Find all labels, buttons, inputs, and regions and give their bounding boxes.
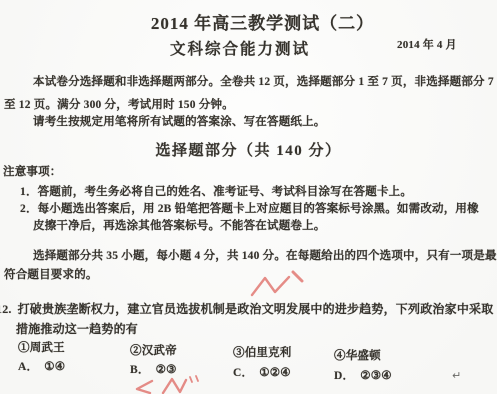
option-item-1: ①周武王 [18,339,65,355]
note-item-2-line-1: 2．每小题选出答案后，用 2B 铅笔把答题卡上对应题目的答案标号涂黑。如需改动，… [20,200,479,216]
choice-c: C．①②④ [233,364,291,380]
choice-a: A．①④ [18,358,65,374]
choice-d-value: ②③④ [360,370,392,382]
choice-d: D．②③④ [334,367,392,383]
option-item-4: ④华盛顿 [334,347,381,363]
option-item-2: ②汉武帝 [130,342,177,358]
question-text-line-1: 打破贵族垄断权力，建立官员选拔机制是政治文明发展中的进步趋势，下列政治家中采取 [18,302,494,316]
exam-subtitle: 文科综合能力测试 [170,37,310,59]
note-item-2-line-2: 皮擦干净后，再选涂其他答案标号。不能答在试题卷上。 [33,217,326,233]
choice-c-value: ①②④ [259,367,291,379]
intro-line-3: 请考生按规定用笔将所有试题的答案涂、写在答题纸上。 [33,113,326,129]
choice-c-label: C． [233,367,253,379]
exam-date: 2014 年 4 月 [397,36,457,52]
question-number: 12. [0,302,12,316]
choice-b-value: ②③ [156,364,177,376]
paragraph-return-icon: ↵ [452,369,461,382]
question-12-line-2: 措施推动这一趋势的有 [16,320,138,337]
section-heading: 选择题部分（共 140 分） [0,139,497,160]
question-12-line-1: 12.打破贵族垄断权力，建立官员选拔机制是政治文明发展中的进步趋势，下列政治家中… [0,300,493,317]
selection-instruction-line-1: 选择题部分共 35 小题，每小题 4 分，共 140 分。在每题给出的四个选项中… [33,247,497,263]
option-item-3: ③伯里克利 [233,344,292,360]
selection-instruction-line-2: 符合题目要求的。 [4,266,98,282]
exam-title: 2014 年高三教学测试（二） [0,9,497,34]
intro-line-2: 至 12 页。满分 300 分，考试用时 150 分钟。 [4,96,234,112]
notes-label: 注意事项： [3,163,62,179]
intro-line-1: 本试卷分选择题和非选择题两部分。全卷共 12 页，选择题部分 1 至 7 页，非… [33,73,494,89]
choice-b-label: B． [130,364,150,376]
exam-paper-page: 2014 年高三教学测试（二） 文科综合能力测试 2014 年 4 月 本试卷分… [0,0,497,394]
choice-a-label: A． [18,361,38,373]
choice-b: B．②③ [130,361,177,377]
choice-d-label: D． [334,370,354,382]
note-item-1: 1．答题前，考生务必将自己的姓名、准考证号、考试科目涂写在答题卡上。 [20,183,412,199]
choice-a-value: ①④ [44,361,65,373]
